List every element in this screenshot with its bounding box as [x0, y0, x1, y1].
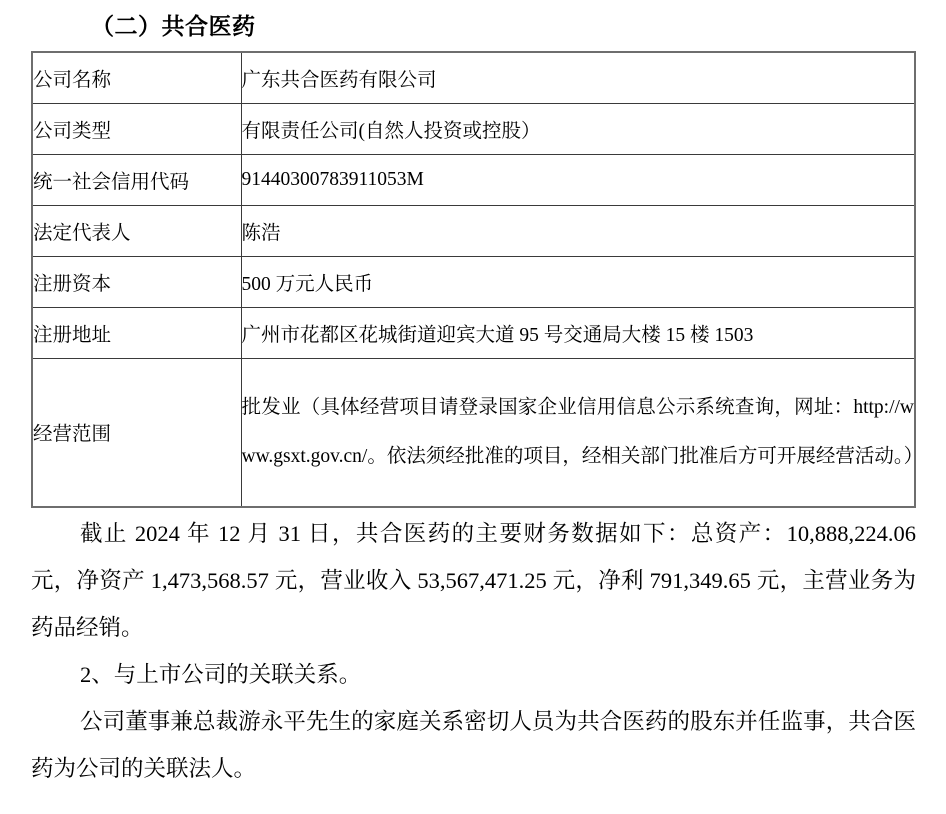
field-value: 陈浩: [241, 205, 915, 256]
field-value: 批发业（具体经营项目请登录国家企业信用信息公示系统查询，网址：http://ww…: [241, 358, 915, 507]
field-value: 500 万元人民币: [241, 256, 915, 307]
field-value: 广东共合医药有限公司: [241, 52, 915, 103]
document-page: （二）共合医药 公司名称 广东共合医药有限公司 公司类型 有限责任公司(自然人投…: [0, 0, 946, 814]
field-label: 注册地址: [32, 307, 241, 358]
field-value: 有限责任公司(自然人投资或控股）: [241, 103, 915, 154]
financial-summary-paragraph: 截止 2024 年 12 月 31 日，共合医药的主要财务数据如下：总资产：10…: [31, 510, 916, 651]
field-label: 注册资本: [32, 256, 241, 307]
field-value: 91440300783911053M: [241, 154, 915, 205]
relationship-paragraph: 公司董事兼总裁游永平先生的家庭关系密切人员为共合医药的股东并任监事，共合医药为公…: [31, 698, 916, 792]
row-company-type: 公司类型 有限责任公司(自然人投资或控股）: [32, 103, 915, 154]
row-company-name: 公司名称 广东共合医药有限公司: [32, 52, 915, 103]
field-label: 公司类型: [32, 103, 241, 154]
row-legal-representative: 法定代表人 陈浩: [32, 205, 915, 256]
relationship-heading: 2、与上市公司的关联关系。: [31, 651, 916, 698]
field-label: 经营范围: [32, 358, 241, 507]
field-label: 统一社会信用代码: [32, 154, 241, 205]
field-value: 广州市花都区花城街道迎宾大道 95 号交通局大楼 15 楼 1503: [241, 307, 915, 358]
company-info-table-body: 公司名称 广东共合医药有限公司 公司类型 有限责任公司(自然人投资或控股） 统一…: [32, 52, 915, 507]
row-business-scope: 经营范围 批发业（具体经营项目请登录国家企业信用信息公示系统查询，网址：http…: [32, 358, 915, 507]
section-title: （二）共合医药: [91, 8, 256, 41]
field-label: 法定代表人: [32, 205, 241, 256]
row-registered-capital: 注册资本 500 万元人民币: [32, 256, 915, 307]
row-credit-code: 统一社会信用代码 91440300783911053M: [32, 154, 915, 205]
company-info-table: 公司名称 广东共合医药有限公司 公司类型 有限责任公司(自然人投资或控股） 统一…: [31, 51, 916, 508]
body-text: 截止 2024 年 12 月 31 日，共合医药的主要财务数据如下：总资产：10…: [31, 510, 916, 792]
field-label: 公司名称: [32, 52, 241, 103]
row-registered-address: 注册地址 广州市花都区花城街道迎宾大道 95 号交通局大楼 15 楼 1503: [32, 307, 915, 358]
